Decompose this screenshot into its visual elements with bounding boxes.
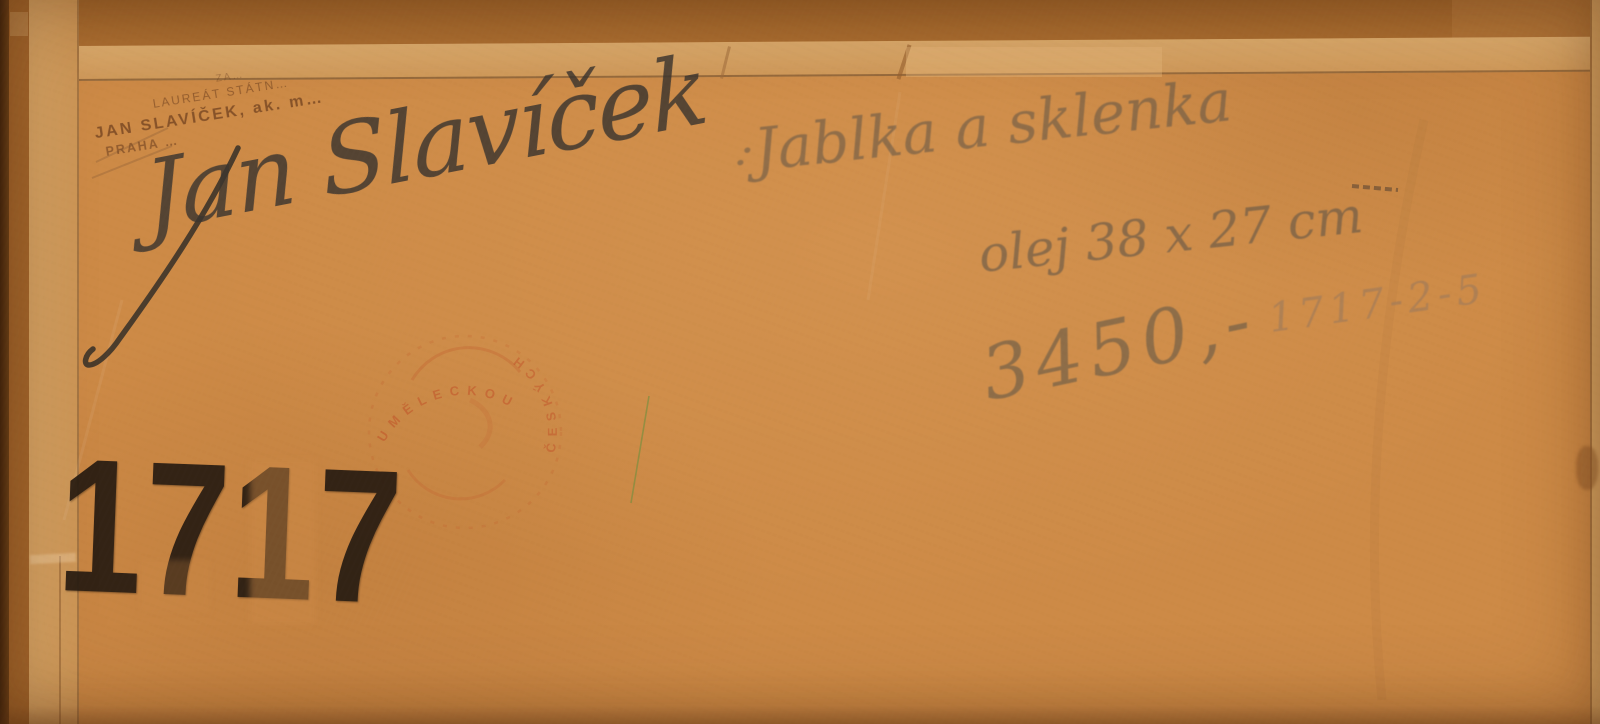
photo-vignette <box>0 0 1600 724</box>
artwork-back-photo: ZA… LAUREÁT STÁTN… JAN SLAVÍČEK, ak. m… … <box>0 0 1600 724</box>
